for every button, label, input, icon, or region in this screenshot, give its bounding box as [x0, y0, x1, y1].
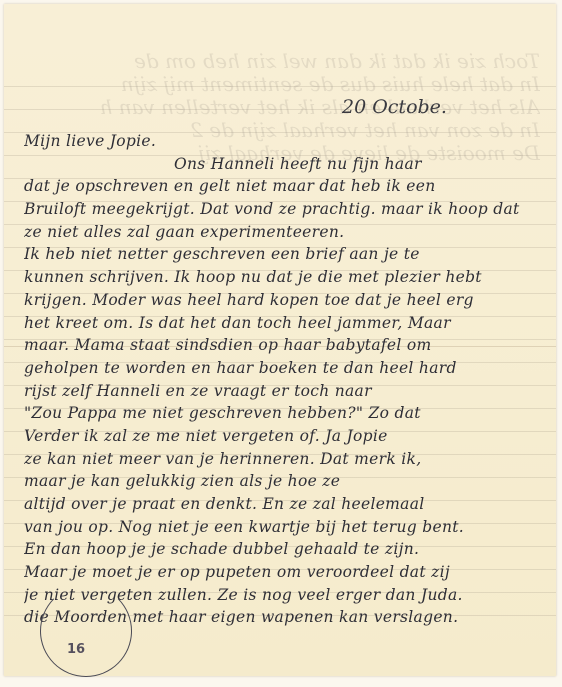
letter-line: En dan hoop je je schade dubbel gehaald …	[24, 538, 544, 561]
letter-line: maar. Mama staat sindsdien op haar babyt…	[24, 334, 544, 357]
postmark-stamp	[40, 585, 132, 677]
letter-line: Ik heb niet netter geschreven een brief …	[24, 243, 544, 266]
letter-line: kunnen schrijven. Ik hoop nu dat je die …	[24, 266, 544, 289]
letter-line: Maar je moet je er op pupeten om veroord…	[24, 561, 544, 584]
letter-line: van jou op. Nog niet je een kwartje bij …	[24, 516, 544, 539]
letter-date: 20 Octobe.	[342, 96, 447, 118]
letter-line: rijst zelf Hanneli en ze vraagt er toch …	[24, 380, 544, 403]
letter-line: Verder ik zal ze me niet vergeten of. Ja…	[24, 425, 544, 448]
letter-line: ze kan niet meer van je herinneren. Dat …	[24, 448, 544, 471]
salutation: Mijn lieve Jopie.	[24, 130, 544, 153]
letter-line: maar je kan gelukkig zien als je hoe ze	[24, 470, 544, 493]
letter-body: Mijn lieve Jopie. Ons Hanneli heeft nu f…	[24, 130, 544, 629]
letter-line: Bruiloft meegekrijgt. Dat vond ze pracht…	[24, 198, 544, 221]
letter-line: ze niet alles zal gaan experimenteeren.	[24, 221, 544, 244]
letter-line: "Zou Pappa me niet geschreven hebben?" Z…	[24, 402, 544, 425]
letter-line: dat je opschreven en gelt niet maar dat …	[24, 175, 544, 198]
letter-line: altijd over je praat en denkt. En ze zal…	[24, 493, 544, 516]
letter-line: het kreet om. Is dat het dan toch heel j…	[24, 312, 544, 335]
letter-line: geholpen te worden en haar boeken te dan…	[24, 357, 544, 380]
letter-line: krijgen. Moder was heel hard kopen toe d…	[24, 289, 544, 312]
stamp-number: 16	[67, 642, 85, 657]
letter-line: Ons Hanneli heeft nu fijn haar	[24, 153, 544, 176]
